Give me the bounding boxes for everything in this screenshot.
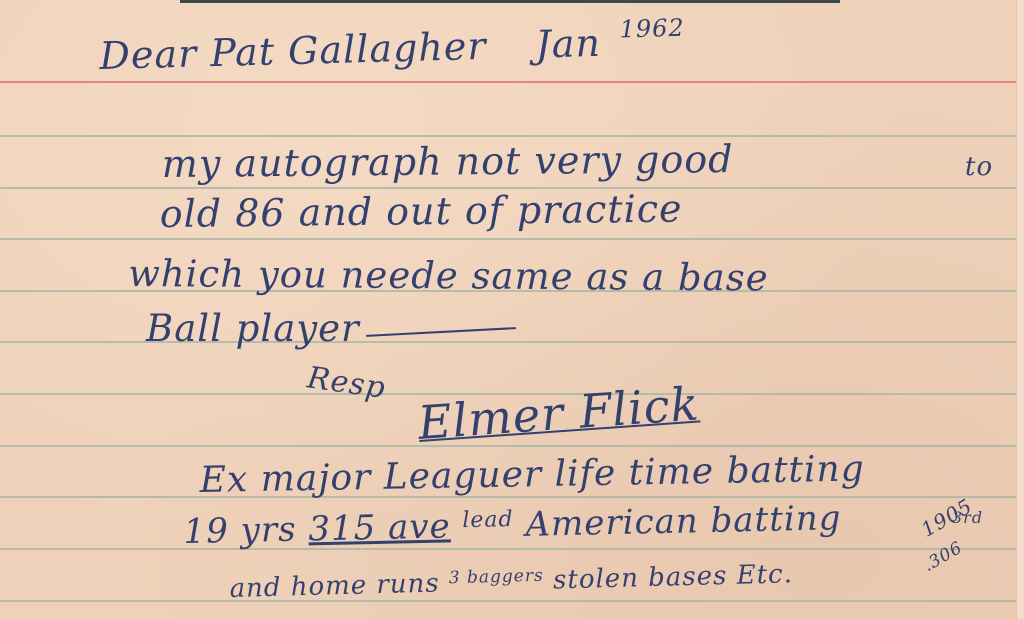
ruled-line	[0, 600, 1016, 602]
flourish-dash	[366, 327, 516, 337]
lead-word: lead	[462, 507, 514, 533]
date-month: Jan	[535, 21, 602, 67]
date-year: 1962	[619, 14, 685, 44]
salutation: Dear Pat Gallagher	[99, 24, 487, 78]
signature: Elmer Flick	[416, 376, 701, 450]
years-played: 19 yrs	[183, 510, 297, 552]
career-average: 315 ave	[308, 506, 451, 549]
stolen-bases: stolen bases Etc.	[553, 559, 794, 595]
body-line-1-tail: to	[965, 152, 993, 182]
postscript-line-1: Ex major Leaguer life time batting	[199, 448, 865, 501]
ruled-line	[0, 496, 1016, 498]
scan-edge	[180, 0, 840, 3]
salutation-line: Dear Pat Gallagher Jan 1962	[99, 19, 686, 78]
ruled-line	[0, 548, 1016, 550]
postscript-line-2: 19 yrs 315 ave lead American batting	[183, 498, 842, 552]
batting-title-average: .306	[920, 538, 966, 576]
closing: Resp	[305, 360, 388, 406]
ruled-line	[0, 135, 1016, 137]
body-line-4: Ball player	[146, 307, 516, 350]
ruled-line	[0, 445, 1016, 447]
triples: 3 baggers	[449, 566, 544, 588]
card-edge	[1016, 0, 1024, 619]
header-red-rule	[0, 81, 1016, 83]
batting-title-year: 1905	[918, 495, 976, 540]
body-line-2: old 86 and out of practice	[160, 187, 683, 236]
ruled-line	[0, 238, 1016, 240]
body-line-1: my autograph not very good	[162, 137, 734, 186]
index-card: Dear Pat Gallagher Jan 1962 my autograph…	[0, 0, 1024, 619]
postscript-line-3: and home runs 3 baggers stolen bases Etc…	[229, 559, 793, 604]
body-line-4-text: Ball player	[146, 307, 360, 350]
home-runs: and home runs	[229, 569, 440, 604]
body-line-3: which you neede same as a base	[128, 252, 769, 299]
league-batting: American batting	[525, 498, 842, 545]
